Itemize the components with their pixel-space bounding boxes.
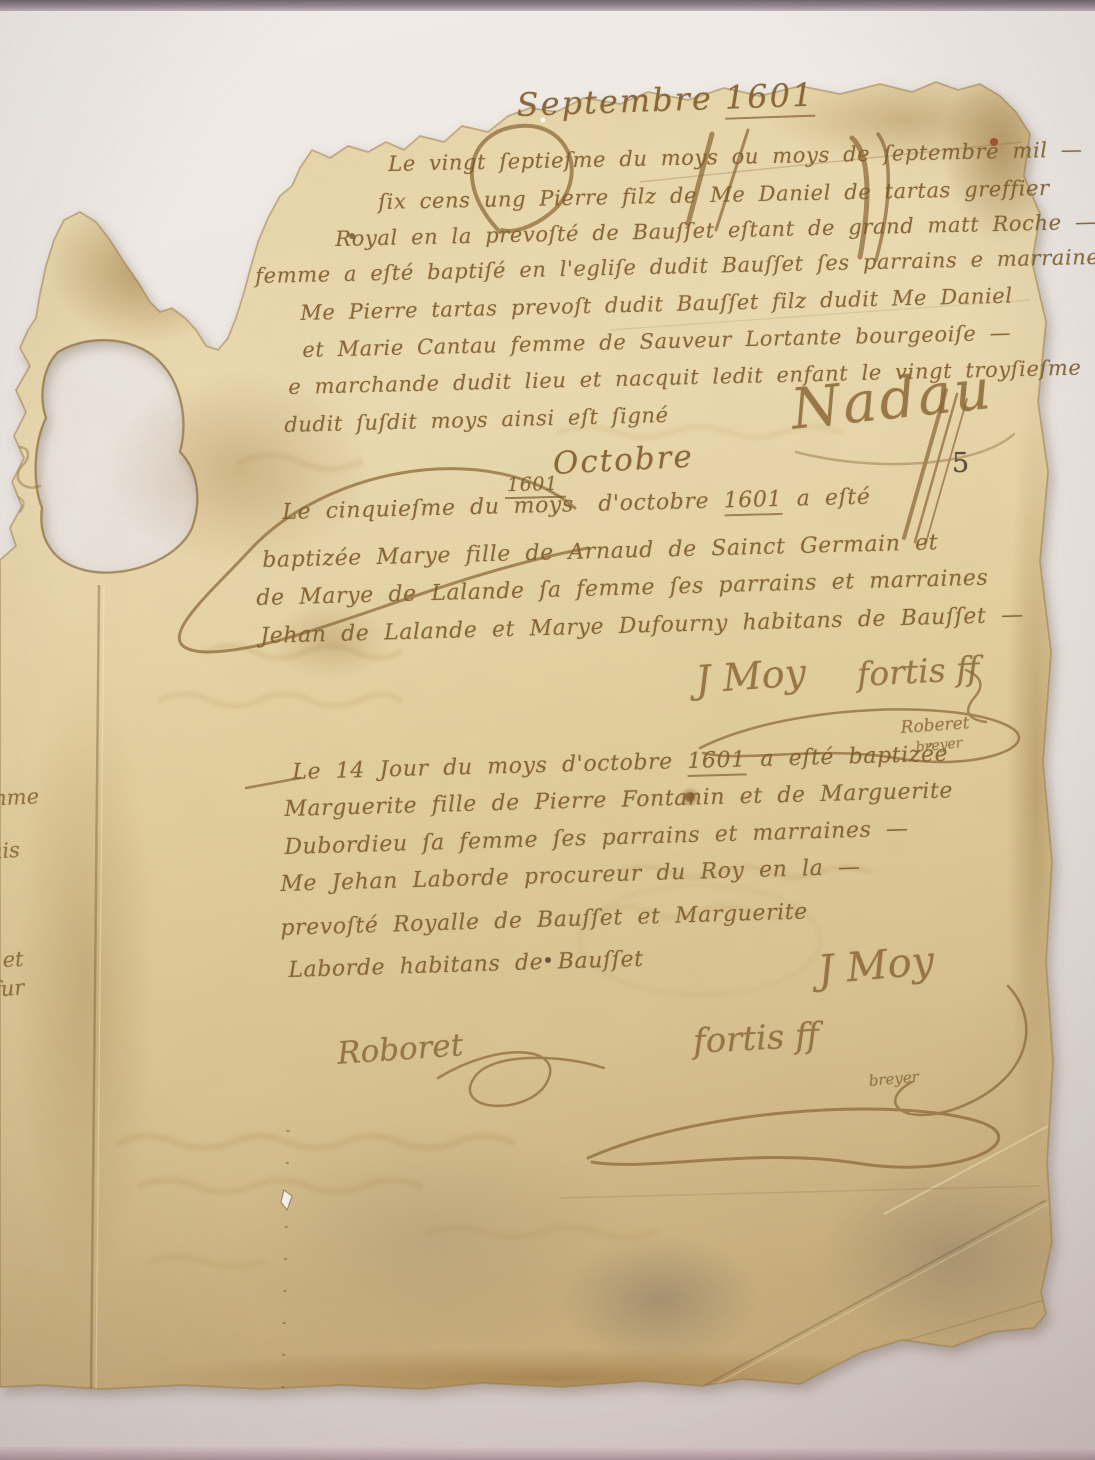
margin-fragment: et: [2, 947, 24, 972]
entry-line: dudit ſuſdit moys ainsi eſt ſigné: [284, 403, 669, 437]
entry-line: Royal en la prevoſté de Bauſſet eſtant d…: [335, 210, 1095, 251]
entry-line-text: Le 14 Jour du moys d'octobre: [292, 749, 673, 785]
heading-october: Octobre: [552, 439, 695, 482]
entry-line: de Marye de Lalande ſa femme ſes parrain…: [256, 566, 989, 611]
entry-line-text: a eſté baptizée: [760, 742, 949, 772]
heading-september: Septembre 1601: [516, 76, 815, 124]
entry-line: ſix cens ung Pierre filz de Me Daniel de…: [378, 176, 1050, 214]
entry-line: femme a eſté baptiſé en l'egliſe dudit B…: [255, 245, 1095, 288]
entry-line-text: d'octobre: [598, 489, 709, 517]
margin-fragment: uis: [0, 838, 21, 864]
entry-line: Le vingt ſeptieſme du moys ou moys de ſe…: [388, 137, 1083, 176]
entry-line: et Marie Cantau femme de Sauveur Lortant…: [302, 321, 1012, 362]
entry-line: Laborde habitans de Bauſſet: [288, 947, 644, 983]
entry-line: Dubordieu ſa femme ſes parrains et marra…: [284, 816, 909, 860]
signature-secondary: breyer: [868, 1068, 920, 1090]
entry-line-year: 1601: [723, 487, 782, 517]
heading-september-year: 1601: [724, 76, 815, 120]
entry-line-year: 1601: [687, 747, 746, 777]
insertion-year: 1601: [505, 472, 566, 499]
signature-fortis: fortis ff: [856, 649, 980, 694]
signature-roboret: Roboret: [336, 1027, 464, 1072]
entry-line: prevoſté Royalle de Bauſſet et Marguerit…: [280, 899, 808, 941]
entry-line-text: Le cinquieſme du: [282, 494, 500, 525]
interlinear-insertion: 1601moys: [513, 492, 574, 519]
entry-line: Le cinquieſme du1601moys d'octobre 1601 …: [282, 485, 871, 525]
entry-line: baptizée Marye fille de Arnaud de Sainct…: [262, 530, 939, 573]
page-number-stamp: 5: [952, 448, 969, 479]
entry-line: Jehan de Lalande et Marye Dufourny habit…: [260, 603, 1024, 649]
entry-line: Me Jehan Laborde procureur du Roy en la …: [280, 855, 861, 897]
heading-september-word: Septembre: [516, 79, 713, 124]
entry-line: Me Pierre tartas prevoſt dudit Bauſſet f…: [300, 284, 1013, 325]
entry-line-text: a eſté: [796, 485, 870, 512]
entry-line: Le 14 Jour du moys d'octobre 1601 a eſté…: [292, 742, 949, 785]
archive-photo: Septembre 1601 Le vingt ſeptieſme du moy…: [0, 0, 1095, 1460]
manuscript-text-layer: Septembre 1601 Le vingt ſeptieſme du moy…: [0, 0, 1095, 1460]
margin-fragment: femme: [0, 784, 40, 812]
signature-fortis: fortis ff: [692, 1015, 820, 1062]
signature-moy: J Moy: [816, 938, 936, 994]
margin-fragment: fur: [0, 975, 25, 1002]
entry-line: Marguerite fille de Pierre Fontanin et d…: [284, 778, 953, 822]
signature-moy: J Moy: [694, 650, 807, 702]
